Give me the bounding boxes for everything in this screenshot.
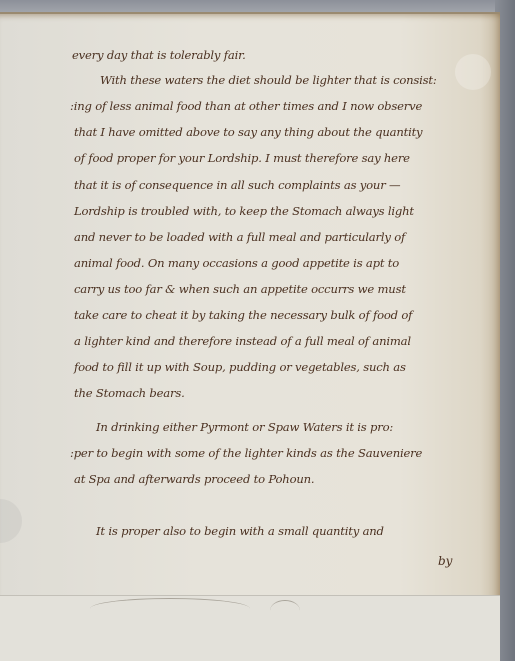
- text-line: a lighter kind and therefore instead of …: [74, 334, 411, 352]
- page-fold-edge: [0, 595, 500, 661]
- fold-crease: [90, 598, 250, 619]
- text-line: animal food. On many occasions a good ap…: [74, 256, 399, 274]
- text-line: that it is of consequence in all such co…: [74, 178, 400, 196]
- text-line: every day that is tolerably fair.: [72, 48, 246, 66]
- text-line: food to fill it up with Soup, pudding or…: [74, 360, 406, 378]
- text-line: :ing of less animal food than at other t…: [70, 99, 422, 117]
- catchword: by: [438, 554, 452, 568]
- text-line: at Spa and afterwards proceed to Pohoun.: [74, 472, 314, 490]
- text-line: With these waters the diet should be lig…: [100, 73, 437, 91]
- text-line: of food proper for your Lordship. I must…: [74, 151, 410, 169]
- fold-crease: [270, 600, 300, 621]
- text-line: and never to be loaded with a full meal …: [74, 230, 405, 248]
- text-line: carry us too far & when such an appetite…: [74, 282, 406, 300]
- paper-stain: [0, 499, 22, 543]
- text-line: that I have omitted above to say any thi…: [74, 125, 422, 143]
- text-line: It is proper also to begin with a small …: [96, 524, 384, 542]
- text-line: take care to cheat it by taking the nece…: [74, 308, 412, 326]
- text-line: In drinking either Pyrmont or Spaw Water…: [96, 420, 393, 438]
- text-line: :per to begin with some of the lighter k…: [70, 446, 422, 464]
- library-stamp-mark: [455, 54, 491, 90]
- text-line: Lordship is troubled with, to keep the S…: [74, 204, 414, 222]
- text-line: the Stomach bears.: [74, 386, 185, 404]
